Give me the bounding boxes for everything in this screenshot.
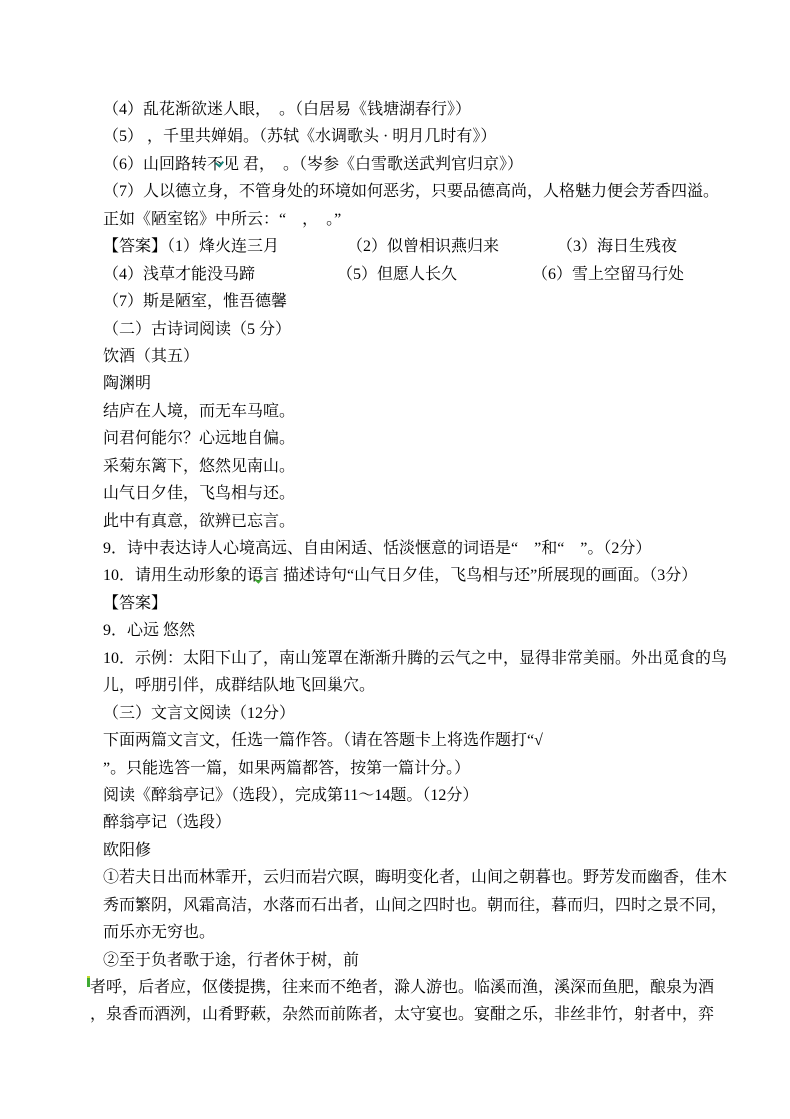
poem-verse-2: 问君何能尔？心远地自偏。 [103,425,703,452]
answer-10-cont: 儿，呼朋引伴，成群结队地飞回巢穴。 [103,672,703,699]
blank-line-7: （7）人以德立身，不管身处的环境如何恶劣，只要品德高尚，人格魅力便会芳香四溢。 [103,178,703,205]
poem-verse-1: 结庐在人境，而无车马喧。 [103,398,703,425]
poem-verse-5: 此中有真意，欲辨已忘言。 [103,508,703,535]
poem-verse-4: 山气日夕佳，飞鸟相与还。 [103,480,703,507]
blank-line-5: （5） ，千里共婵娟。（苏轼《水调歌头 · 明月几时有》） [103,123,703,150]
answer-row-2: （4）浅草才能没马蹄 （5）但愿人长久 （6）雪上空留马行处 [103,261,703,288]
instruction-line-1: 下面两篇文言文，任选一篇作答。（请在答题卡上将选作题打“√ [103,727,703,754]
document-page: （4）乱花渐欲迷人眼， 。（白居易《钱塘湖春行》） （5） ，千里共婵娟。（苏轼… [0,0,790,1119]
passage-title: 醉翁亭记（选段） [103,809,703,836]
passage-para2-line3: ，泉香而酒洌，山肴野蔌，杂然而前陈者，太守宴也。宴酣之乐，非丝非竹，射者中，弈 [90,1001,703,1028]
answer-cell: （2）似曾相识燕归来 [347,233,499,260]
passage-para1-line2: 秀而繁阴，风霜高洁，水落而石出者，山间之四时也。朝而往，暮而归，四时之景不同， [103,892,703,919]
answer-10: 10．示例：太阳下山了，南山笼罩在渐渐升腾的云气之中，显得非常美丽。外出觅食的鸟 [103,645,703,672]
section-heading-2: （二）古诗词阅读（5 分） [103,316,703,343]
blank-line-4: （4）乱花渐欲迷人眼， 。（白居易《钱塘湖春行》） [103,96,703,123]
poem-title: 饮酒（其五） [103,343,703,370]
passage-para2-line2: 者呼，后者应，伛偻提携，往来而不绝者，滁人游也。临溪而渔，溪深而鱼肥，酿泉为酒 [90,974,703,1001]
poem-verse-3: 采菊东篱下，悠然见南山。 [103,453,703,480]
answer-9: 9．心远 悠然 [103,617,703,644]
instruction-line-2: ”。只能选答一篇，如果两篇都答，按第一篇计分。） [103,755,703,782]
answer-cell: （5）但愿人长久 [337,261,457,288]
answer-cell: （4）浅草才能没马蹄 [103,261,255,288]
question-10: 10．请用生动形象的语言 描述诗句“山气日夕佳，飞鸟相与还”所展现的画面。（3分… [103,562,703,589]
answer-cell: （3）海日生残夜 [557,233,677,260]
answer-cell: （6）雪上空留马行处 [532,261,684,288]
blank-line-6: （6）山回路转不见 君， 。（岑参《白雪歌送武判官归京》） [103,151,703,178]
passage-author: 欧阳修 [103,837,703,864]
passage-para1-line3: 而乐亦无穷也。 [103,919,703,946]
passage-para2-line1: ②至于负者歌于途，行者休于树，前 [103,947,703,974]
answer-row-3: （7）斯是陋室，惟吾德馨 [103,288,703,315]
section-heading-3: （三）文言文阅读（12分） [103,700,703,727]
passage-para1-line1: ①若夫日出而林霏开，云归而岩穴暝，晦明变化者，山间之朝暮也。野芳发而幽香，佳木 [103,864,703,891]
answer-heading: 【答案】 [103,590,703,617]
poem-author: 陶渊明 [103,370,703,397]
document-text-block: （4）乱花渐欲迷人眼， 。（白居易《钱塘湖春行》） （5） ，千里共婵娟。（苏轼… [103,96,703,1029]
reading-task-line: 阅读《醉翁亭记》（选段），完成第11～14题。（12分） [103,782,703,809]
answer-row-1: 【答案】（1）烽火连三月 （2）似曾相识燕归来 （3）海日生残夜 [103,233,703,260]
answer-cell: 【答案】（1）烽火连三月 [103,233,279,260]
question-9: 9．诗中表达诗人心境高远、自由闲适、恬淡惬意的词语是“ ”和“ ”。（2分） [103,535,703,562]
blank-line-7-cont: 正如《陋室铭》中所云：“ ， 。” [103,206,703,233]
